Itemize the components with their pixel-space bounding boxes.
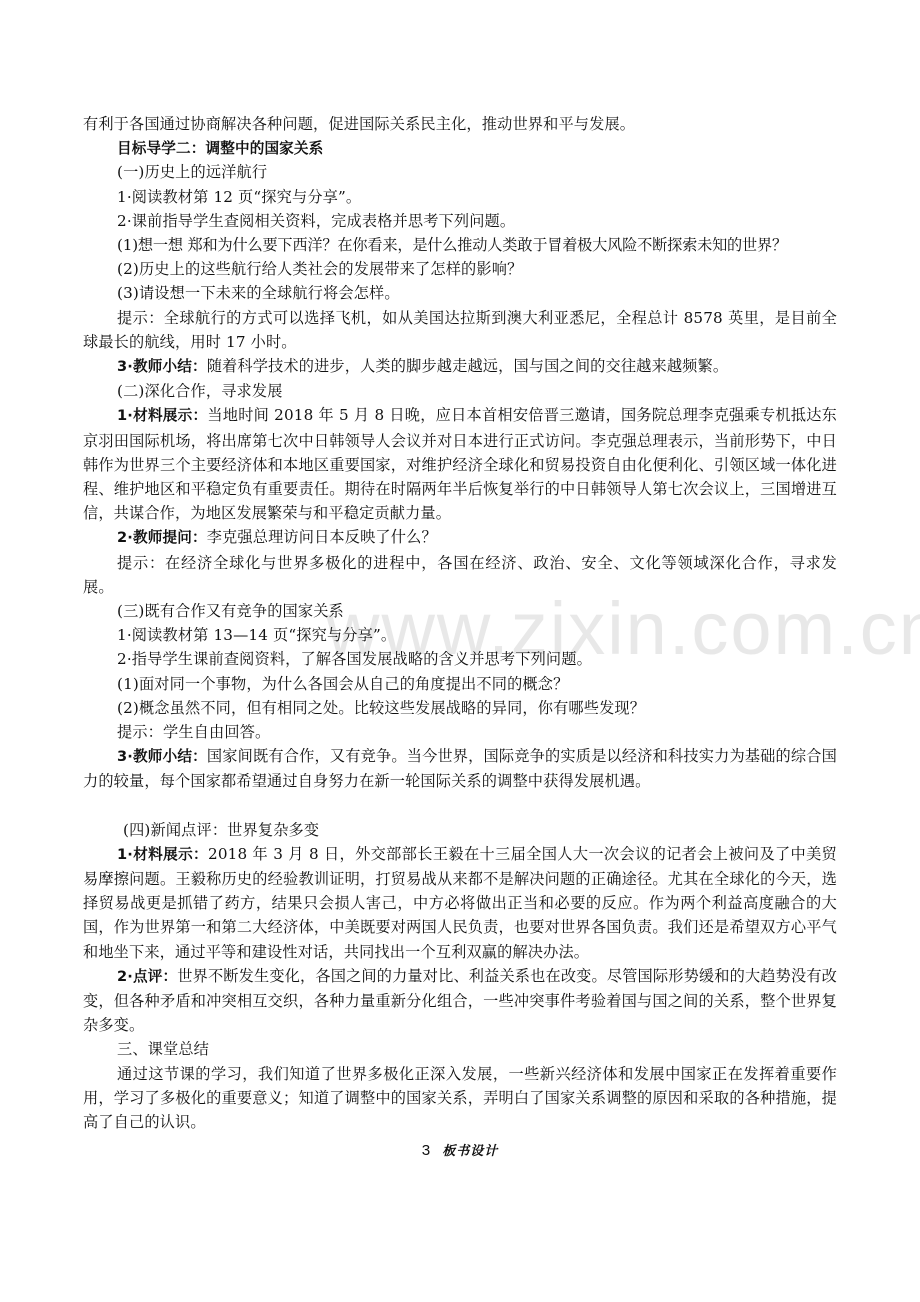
sec1-hint: 提示：全球航行的方式可以选择飞机，如从美国达拉斯到澳大利亚悉尼，全程总计 857… bbox=[83, 306, 837, 354]
sec1-item1: 1·阅读教材第 12 页“探究与分享”。 bbox=[83, 185, 837, 209]
sec3-q1: (1)面对同一个事物，为什么各国会从自己的角度提出不同的概念？ bbox=[83, 672, 837, 696]
sec1-item2: 2·课前指导学生查阅相关资料，完成表格并思考下列问题。 bbox=[83, 209, 837, 233]
sec1-q2: (2)历史上的这些航行给人类社会的发展带来了怎样的影响？ bbox=[83, 257, 837, 281]
board-design-title: 板书设计 bbox=[442, 1144, 498, 1159]
sec3-item3-label: 3·教师小结： bbox=[117, 748, 207, 765]
sec2-hint: 提示：在经济全球化与世界多极化的进程中，各国在经济、政治、安全、文化等领域深化合… bbox=[83, 551, 837, 599]
sec1-title: (一)历史上的远洋航行 bbox=[83, 160, 837, 184]
intro-line: 有利于各国通过协商解决各种问题，促进国际关系民主化，推动世界和平与发展。 bbox=[83, 112, 837, 136]
sec4-item2-label: 2·点评： bbox=[117, 968, 177, 985]
sec1-q1: (1)想一想 郑和为什么要下西洋？在你看来，是什么推动人类敢于冒着极大风险不断探… bbox=[83, 233, 837, 257]
sec4-title: (四)新闻点评：世界复杂多变 bbox=[83, 818, 837, 842]
sec2-item1: 1·材料展示：当地时间 2018 年 5 月 8 日晚，应日本首相安倍晋三邀请，… bbox=[83, 403, 837, 525]
summary-text: 通过这节课的学习，我们知道了世界多极化正深入发展，一些新兴经济体和发展中国家正在… bbox=[83, 1062, 837, 1135]
sec2-item2-text: 李克强总理访问日本反映了什么？ bbox=[207, 528, 437, 546]
summary-heading: 三、课堂总结 bbox=[83, 1037, 837, 1061]
sec4-item1: 1·材料展示：2018 年 3 月 8 日，外交部部长王毅在十三届全国人大一次会… bbox=[83, 842, 837, 964]
sec4-item2-text: 世界不断发生变化，各国之间的力量对比、利益关系也在改变。尽管国际形势缓和的大趋势… bbox=[83, 967, 837, 1034]
sec3-q2: (2)概念虽然不同，但有相同之处。比较这些发展战略的异同，你有哪些发现？ bbox=[83, 696, 837, 720]
sec2-item2: 2·教师提问：李克强总理访问日本反映了什么？ bbox=[83, 525, 837, 550]
board-design-heading: 3板书设计 bbox=[83, 1137, 837, 1165]
sec4-item2: 2·点评：世界不断发生变化，各国之间的力量对比、利益关系也在改变。尽管国际形势缓… bbox=[83, 964, 837, 1038]
goal2-heading: 目标导学二：调整中的国家关系 bbox=[83, 136, 837, 160]
sec3-item2: 2·指导学生课前查阅资料，了解各国发展战略的含义并思考下列问题。 bbox=[83, 647, 837, 671]
sec3-item3: 3·教师小结：国家间既有合作，又有竞争。当今世界，国际竞争的实质是以经济和科技实… bbox=[83, 744, 837, 793]
sec1-item3-label: 3·教师小结： bbox=[117, 358, 207, 375]
sec1-item3: 3·教师小结：随着科学技术的进步，人类的脚步越走越远，国与国之间的交往越来越频繁… bbox=[83, 354, 837, 379]
goal2-heading-text: 目标导学二：调整中的国家关系 bbox=[117, 140, 323, 157]
sec3-title: (三)既有合作又有竞争的国家关系 bbox=[83, 599, 837, 623]
sec3-hint: 提示：学生自由回答。 bbox=[83, 720, 837, 744]
sec1-item3-text: 随着科学技术的进步，人类的脚步越走越远，国与国之间的交往越来越频繁。 bbox=[207, 357, 728, 375]
sec3-item1: 1·阅读教材第 13—14 页“探究与分享”。 bbox=[83, 623, 837, 647]
sec2-title: (二)深化合作，寻求发展 bbox=[83, 379, 837, 403]
sec4-item1-label: 1·材料展示： bbox=[117, 846, 208, 863]
sec2-item1-label: 1·材料展示： bbox=[117, 407, 207, 424]
board-design-number: 3 bbox=[422, 1142, 430, 1159]
document-page: 有利于各国通过协商解决各种问题，促进国际关系民主化，推动世界和平与发展。 目标导… bbox=[83, 112, 837, 1165]
sec2-item2-label: 2·教师提问： bbox=[117, 529, 207, 546]
sec1-q3: (3)请设想一下未来的全球航行将会怎样。 bbox=[83, 281, 837, 305]
blank-line bbox=[83, 793, 837, 817]
